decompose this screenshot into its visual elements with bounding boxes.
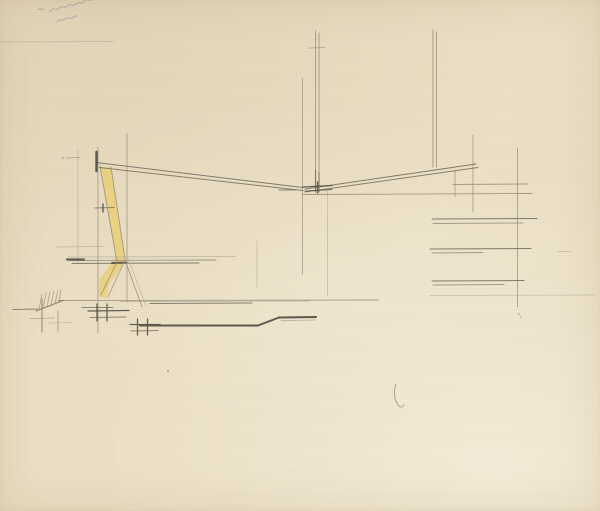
pencil-stroke (57, 247, 104, 248)
pencil-stroke (433, 223, 523, 224)
pencil-stroke (95, 208, 114, 209)
pencil-stroke (58, 300, 378, 301)
pencil-stroke (131, 331, 158, 332)
pencil-stroke (432, 281, 524, 282)
pencil-stroke (43, 293, 46, 308)
pencil-stroke (453, 184, 528, 185)
paper-speck (520, 316, 522, 318)
pencil-stroke (47, 292, 50, 307)
pencil-stroke (51, 291, 54, 305)
pencil-stroke (68, 257, 236, 258)
pencil-stroke (432, 219, 537, 220)
paper-speck (518, 313, 520, 315)
handwritten-inscription (57, 16, 77, 22)
pencil-stroke (128, 258, 146, 306)
pencil-stroke (281, 320, 316, 321)
pencil-stroke (430, 249, 531, 250)
handwritten-inscription (50, 0, 92, 12)
pencil-stroke (13, 309, 38, 310)
pencil-mark (394, 384, 404, 407)
scanned-sketch-paper (0, 0, 600, 511)
pencil-stroke (279, 317, 316, 318)
pencil-stroke (432, 253, 483, 254)
paper-speck (167, 370, 169, 372)
pencil-stroke (88, 311, 129, 312)
pencil-stroke (48, 323, 72, 324)
pencil-stroke (309, 48, 325, 49)
pencil-stroke (72, 263, 199, 264)
pencil-stroke (430, 295, 595, 296)
pencil-stroke (150, 303, 252, 304)
pencil-stroke (258, 318, 279, 326)
freehand-group (38, 0, 404, 407)
paper-speck (62, 157, 64, 159)
pencil-stroke (55, 290, 58, 304)
pencil-stroke (305, 168, 478, 193)
pencil-line-group (0, 30, 595, 335)
handwritten-inscription (38, 9, 44, 10)
pencil-stroke (70, 260, 216, 261)
pencil-stroke (90, 317, 126, 318)
pencil-stroke (66, 158, 80, 159)
pencil-stroke (30, 318, 54, 319)
yellow-strut-fill (100, 167, 125, 262)
pencil-stroke (302, 194, 532, 195)
pencil-stroke (100, 168, 304, 191)
pencil-stroke (0, 42, 113, 43)
architectural-sketch (0, 0, 600, 511)
pencil-stroke (433, 285, 504, 286)
pencil-stroke (120, 301, 310, 302)
